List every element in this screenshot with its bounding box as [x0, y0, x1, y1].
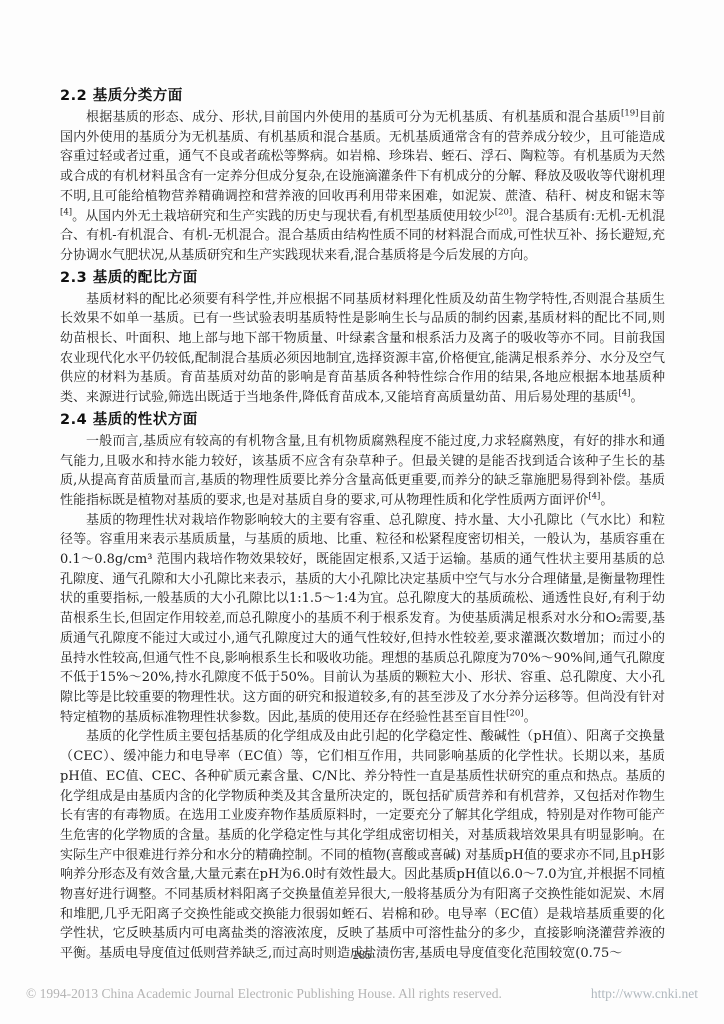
footer: © 1994-2013 China Academic Journal Elect…	[0, 986, 724, 1002]
paragraph: 一般而言,基质应有较高的有机物含量,且有机物质腐熟程度不能过度,力求轻腐熟度，有…	[60, 432, 665, 511]
section-heading: 2.2 基质分类方面	[60, 84, 665, 108]
reference-superscript: [4]	[60, 207, 72, 217]
content: 2.2 基质分类方面根据基质的形态、成分、形状,目前国内外使用的基质可分为无机基…	[60, 84, 665, 964]
footer-copyright: © 1994-2013 China Academic Journal Elect…	[26, 986, 502, 1002]
paragraph: 基质的化学性质主要包括基质的化学组成及由此引起的化学稳定性、酸碱性（pH值）、阳…	[60, 727, 665, 963]
reference-superscript: [4]	[618, 389, 630, 399]
section-heading: 2.4 基质的性状方面	[60, 408, 665, 432]
reference-superscript: [4]	[588, 492, 600, 502]
section-heading: 2.3 基质的配比方面	[60, 266, 665, 290]
paragraph: 基质的物理性状对栽培作物影响较大的主要有容重、总孔隙度、持水量、大小孔隙比（气水…	[60, 511, 665, 728]
page-number: 285	[0, 948, 724, 963]
reference-superscript: [20]	[495, 207, 512, 217]
paragraph: 基质材料的配比必须要有科学性,并应根据不同基质材料理化性质及幼苗生物学特性,否则…	[60, 290, 665, 408]
paragraph: 根据基质的形态、成分、形状,目前国内外使用的基质可分为无机基质、有机基质和混合基…	[60, 108, 665, 266]
scanned-paper-page: 2.2 基质分类方面根据基质的形态、成分、形状,目前国内外使用的基质可分为无机基…	[0, 0, 724, 1024]
reference-superscript: [19]	[621, 109, 638, 119]
footer-url: http://www.cnki.net	[591, 986, 698, 1002]
reference-superscript: [20]	[506, 708, 523, 718]
